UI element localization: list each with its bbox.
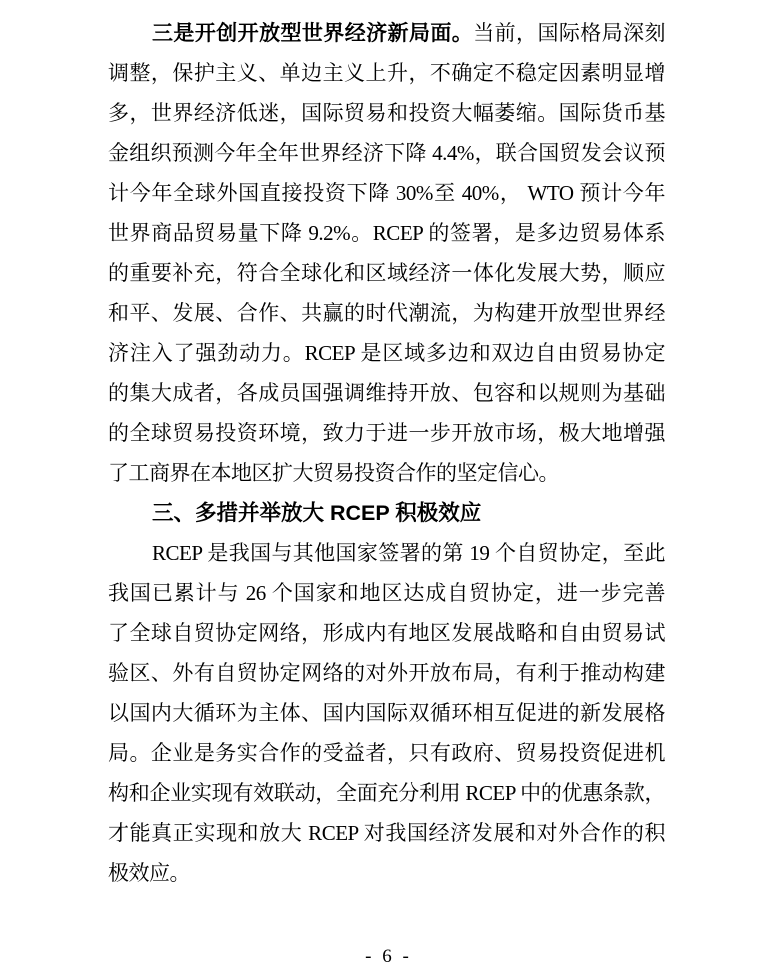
paragraph-last-line: 了工商界在本地区扩大贸易投资合作的坚定信心。 xyxy=(108,453,665,493)
page-number: - 6 - xyxy=(0,946,777,968)
paragraph-line: 计今年全球外国直接投资下降 30%至 40%， WTO 预计今年 xyxy=(108,173,665,213)
paragraph-line: 多，世界经济低迷，国际贸易和投资大幅萎缩。国际货币基 xyxy=(108,93,665,133)
paragraph-line: 验区、外有自贸协定网络的对外开放布局，有利于推动构建 xyxy=(108,653,665,693)
paragraph-line: 局。企业是务实合作的受益者，只有政府、贸易投资促进机 xyxy=(108,733,665,773)
paragraph-last-line: 极效应。 xyxy=(108,853,665,893)
paragraph-first-line: RCEP 是我国与其他国家签署的第 19 个自贸协定，至此 xyxy=(108,533,665,573)
paragraph-line: 调整，保护主义、单边主义上升，不确定不稳定因素明显增 xyxy=(108,53,665,93)
paragraph-first-line: 三是开创开放型世界经济新局面。当前，国际格局深刻 xyxy=(108,13,665,53)
paragraph-line: 我国已累计与 26 个国家和地区达成自贸协定，进一步完善 xyxy=(108,573,665,613)
paragraph-line: 的集大成者，各成员国强调维持开放、包容和以规则为基础 xyxy=(108,373,665,413)
paragraph-line: 世界商品贸易量下降 9.2%。RCEP 的签署，是多边贸易体系 xyxy=(108,213,665,253)
paragraph-line: 金组织预测今年全年世界经济下降 4.4%，联合国贸发会议预 xyxy=(108,133,665,173)
paragraph-lead-bold: 三是开创开放型世界经济新局面。 xyxy=(152,21,473,45)
paragraph-line: 以国内大循环为主体、国内国际双循环相互促进的新发展格 xyxy=(108,693,665,733)
paragraph-line: 才能真正实现和放大 RCEP 对我国经济发展和对外合作的积 xyxy=(108,813,665,853)
paragraph-line: 的重要补充，符合全球化和区域经济一体化发展大势，顺应 xyxy=(108,253,665,293)
document-page: 三是开创开放型世界经济新局面。当前，国际格局深刻 调整，保护主义、单边主义上升，… xyxy=(0,0,777,980)
paragraph-line: 和平、发展、合作、共赢的时代潮流，为构建开放型世界经 xyxy=(108,293,665,333)
paragraph-line: 济注入了强劲动力。RCEP 是区域多边和双边自由贸易协定 xyxy=(108,333,665,373)
paragraph-lead-rest: 当前，国际格局深刻 xyxy=(473,21,665,45)
section-heading: 三、多措并举放大 RCEP 积极效应 xyxy=(108,493,665,533)
page-body: 三是开创开放型世界经济新局面。当前，国际格局深刻 调整，保护主义、单边主义上升，… xyxy=(108,13,665,893)
paragraph-line: 的全球贸易投资环境，致力于进一步开放市场，极大地增强 xyxy=(108,413,665,453)
paragraph-line: 构和企业实现有效联动，全面充分利用 RCEP 中的优惠条款， xyxy=(108,773,665,813)
paragraph-line: 了全球自贸协定网络，形成内有地区发展战略和自由贸易试 xyxy=(108,613,665,653)
